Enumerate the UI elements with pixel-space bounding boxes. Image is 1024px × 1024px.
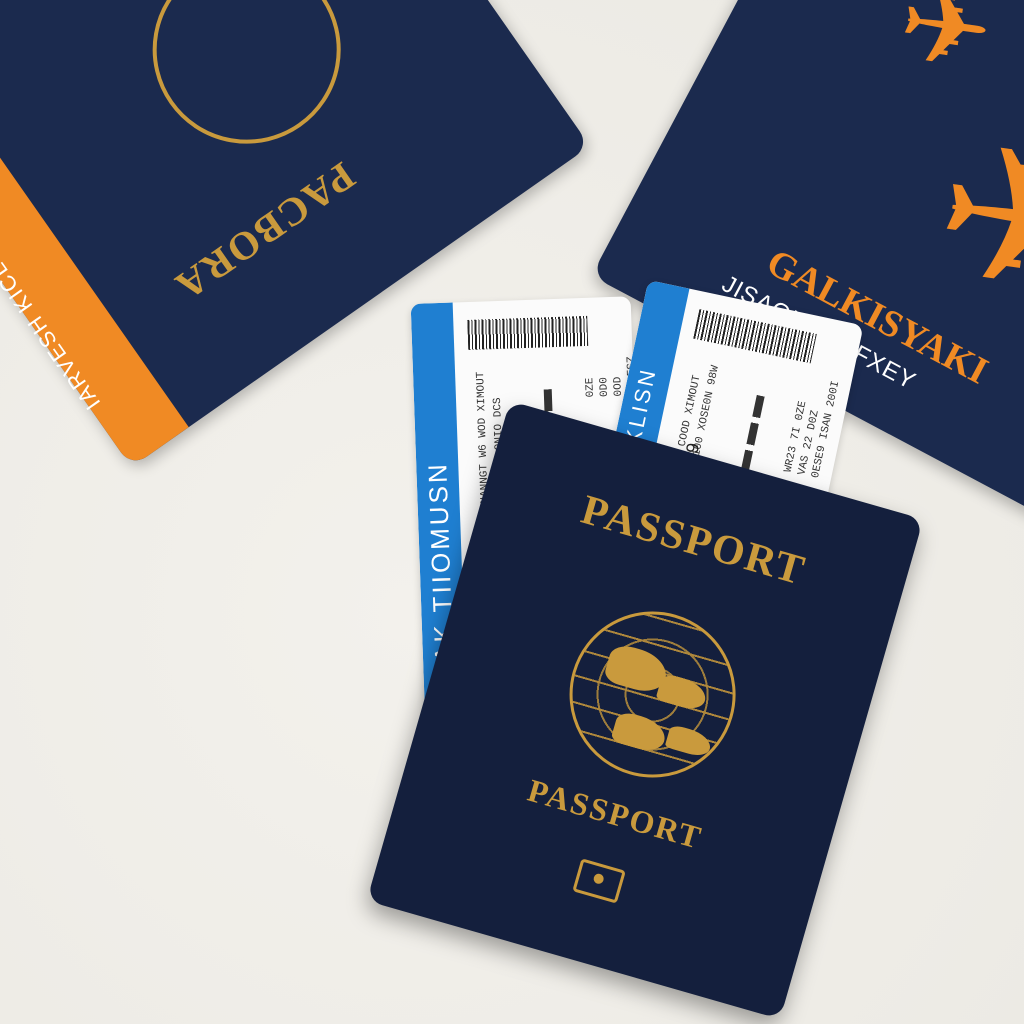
photo-scene: IARVESH KICLELL PACBORA ✈ ✈ GALKISYAKI J… bbox=[0, 0, 1024, 1024]
biometric-chip-icon bbox=[572, 858, 626, 903]
globe-icon bbox=[116, 0, 378, 181]
airplane-icon: ✈ bbox=[891, 0, 1000, 97]
barcode-icon bbox=[467, 316, 588, 350]
chip-dot bbox=[593, 873, 605, 885]
globe-icon bbox=[550, 592, 755, 797]
barcode-icon bbox=[693, 309, 817, 363]
passport-title: PASSPORT bbox=[480, 458, 907, 623]
airplane-icon: ✈ bbox=[923, 99, 1024, 340]
ticket-codes: WR23 7I 0ZE VAS 22 D0Z 0ESE9 ISAN 200I bbox=[782, 374, 844, 480]
passport-title: PACBORA bbox=[166, 153, 364, 311]
